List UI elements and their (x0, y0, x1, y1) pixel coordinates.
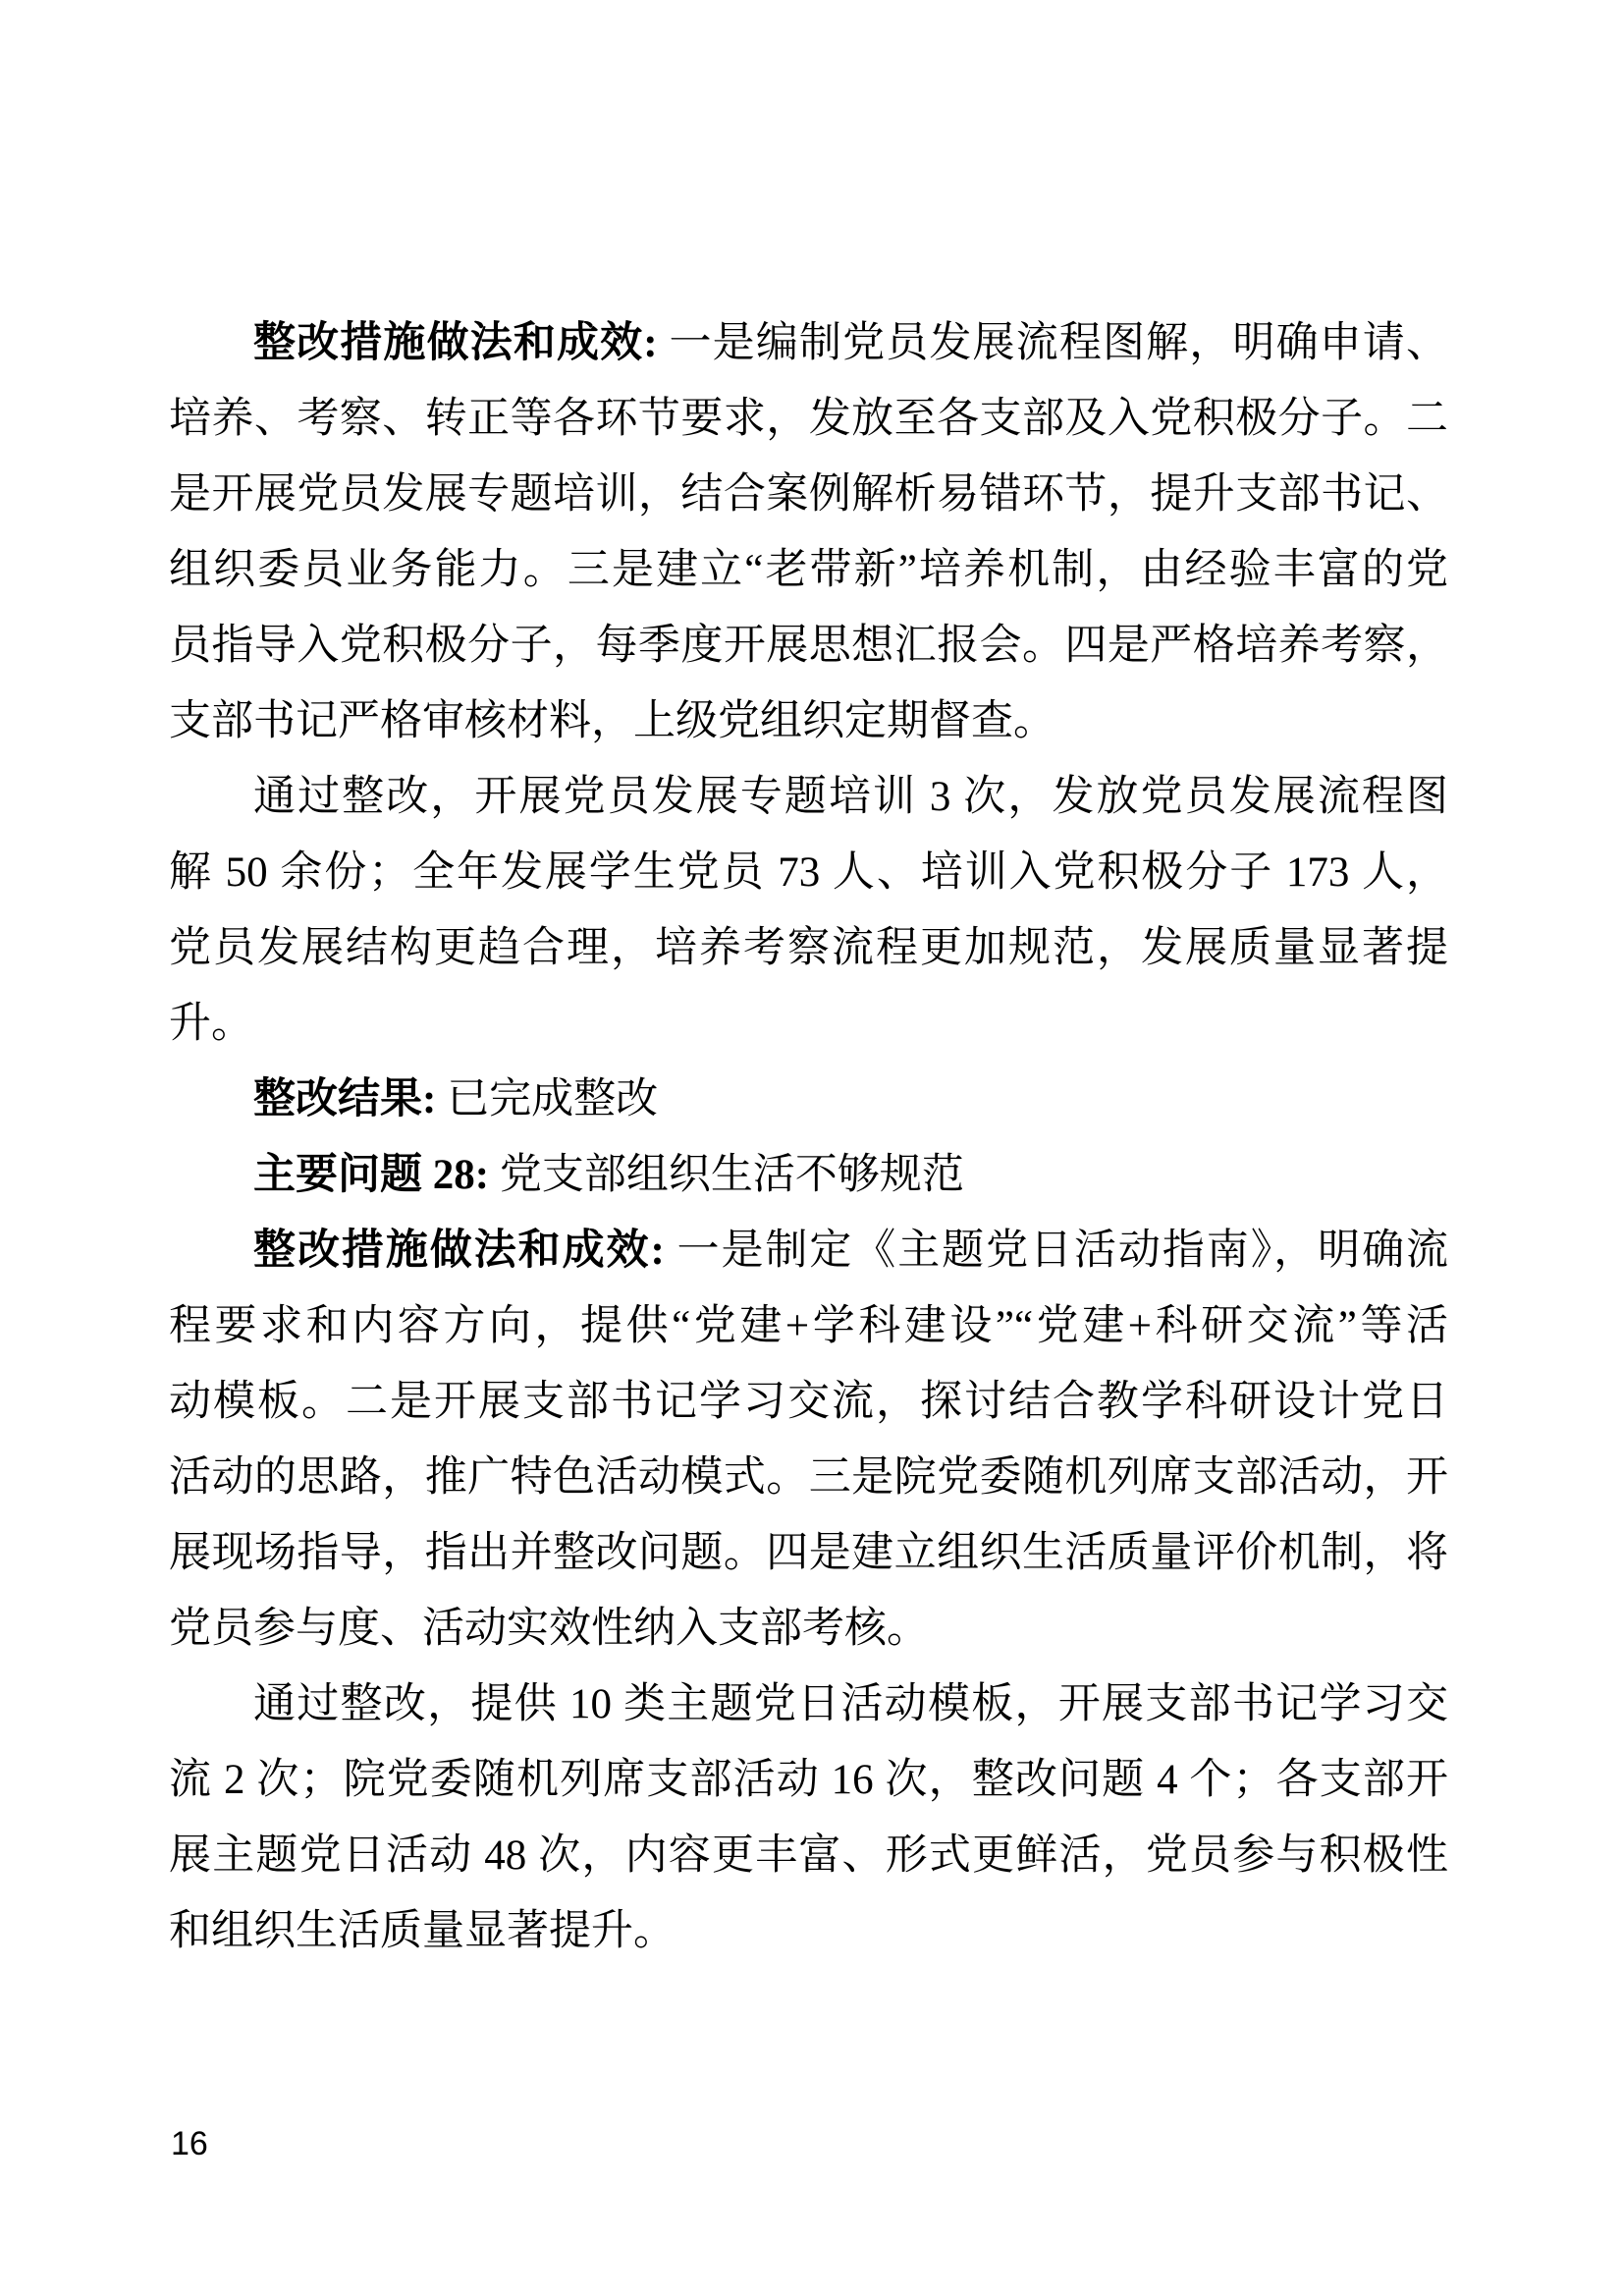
text-run: 动模板。二是开展支部书记学习交流，探讨结合教学科研设计党日 (169, 1379, 1448, 1425)
text-run: 流 2 次；院党委随机列席支部活动 16 次，整改问题 4 个；各支部开 (169, 1757, 1448, 1803)
results-paragraph-1: 通过整改，开展党员发展专题培训 3 次，发放党员发展流程图解 50 余份；全年发… (169, 759, 1448, 1062)
text-line: 程要求和内容方向，提供“党建+学科建设”“党建+科研交流”等活 (169, 1288, 1448, 1364)
text-run: 党员参与度、活动实效性纳入支部考核。 (169, 1606, 929, 1652)
text-line: 通过整改，开展党员发展专题培训 3 次，发放党员发展流程图 (169, 759, 1448, 835)
text-line: 主要问题 28: 党支部组织生活不够规范 (169, 1137, 1448, 1213)
main-issue-28: 主要问题 28: 党支部组织生活不够规范 (169, 1137, 1448, 1213)
text-line: 解 50 余份；全年发展学生党员 73 人、培训入党积极分子 173 人， (169, 835, 1448, 910)
text-line: 动模板。二是开展支部书记学习交流，探讨结合教学科研设计党日 (169, 1364, 1448, 1440)
text-run: 员指导入党积极分子，每季度开展思想汇报会。四是严格培养考察， (169, 623, 1448, 669)
text-run: 升。 (169, 1001, 253, 1047)
bold-label-run: 整改措施做法和成效: (253, 320, 670, 366)
text-run: 支部书记严格审核材料，上级党组织定期督查。 (169, 698, 1055, 744)
text-line: 展现场指导，指出并整改问题。四是建立组织生活质量评价机制，将 (169, 1515, 1448, 1591)
document-page: { "page": { "number": "16", "background_… (0, 0, 1622, 2296)
text-run: 展现场指导，指出并整改问题。四是建立组织生活质量评价机制，将 (169, 1530, 1448, 1576)
text-run: 通过整改，开展党员发展专题培训 3 次，发放党员发展流程图 (253, 774, 1448, 820)
text-run: 已完成整改 (447, 1076, 658, 1122)
text-run: 解 50 余份；全年发展学生党员 73 人、培训入党积极分子 173 人， (169, 849, 1448, 896)
text-line: 培养、考察、转正等各环节要求，发放至各支部及入党积极分子。二 (169, 381, 1448, 457)
text-line: 整改措施做法和成效: 一是制定《主题党日活动指南》，明确流 (169, 1213, 1448, 1288)
text-run: 和组织生活质量显著提升。 (169, 1908, 676, 1954)
text-line: 展主题党日活动 48 次，内容更丰富、形式更鲜活，党员参与积极性 (169, 1818, 1448, 1893)
text-line: 活动的思路，推广特色活动模式。三是院党委随机列席支部活动，开 (169, 1440, 1448, 1515)
rectification-result: 整改结果: 已完成整改 (169, 1062, 1448, 1137)
document-body: 整改措施做法和成效: 一是编制党员发展流程图解，明确申请、培养、考察、转正等各环… (169, 305, 1448, 1969)
text-line: 通过整改，提供 10 类主题党日活动模板，开展支部书记学习交 (169, 1667, 1448, 1742)
results-paragraph-2: 通过整改，提供 10 类主题党日活动模板，开展支部书记学习交流 2 次；院党委随… (169, 1667, 1448, 1969)
text-run: 一是编制党员发展流程图解，明确申请、 (670, 320, 1448, 366)
text-run: 通过整改，提供 10 类主题党日活动模板，开展支部书记学习交 (253, 1681, 1448, 1727)
text-run: 活动的思路，推广特色活动模式。三是院党委随机列席支部活动，开 (169, 1454, 1448, 1501)
text-line: 升。 (169, 986, 1448, 1062)
text-line: 整改措施做法和成效: 一是编制党员发展流程图解，明确申请、 (169, 305, 1448, 381)
text-line: 整改结果: 已完成整改 (169, 1062, 1448, 1137)
text-line: 员指导入党积极分子，每季度开展思想汇报会。四是严格培养考察， (169, 608, 1448, 683)
text-line: 和组织生活质量显著提升。 (169, 1893, 1448, 1969)
text-line: 组织委员业务能力。三是建立“老带新”培养机制，由经验丰富的党 (169, 532, 1448, 608)
bold-label-run: 整改结果: (253, 1076, 447, 1122)
measures-paragraph-1: 整改措施做法和成效: 一是编制党员发展流程图解，明确申请、培养、考察、转正等各环… (169, 305, 1448, 759)
bold-label-run: 整改措施做法和成效: (253, 1228, 677, 1274)
text-line: 流 2 次；院党委随机列席支部活动 16 次，整改问题 4 个；各支部开 (169, 1742, 1448, 1818)
text-run: 是开展党员发展专题培训，结合案例解析易错环节，提升支部书记、 (169, 471, 1448, 518)
page-number: 16 (171, 2124, 208, 2163)
text-run: 展主题党日活动 48 次，内容更丰富、形式更鲜活，党员参与积极性 (169, 1832, 1448, 1879)
bold-label-run: 主要问题 28: (253, 1152, 500, 1198)
text-run: 一是制定《主题党日活动指南》，明确流 (677, 1228, 1449, 1274)
text-line: 支部书记严格审核材料，上级党组织定期督查。 (169, 683, 1448, 759)
measures-paragraph-2: 整改措施做法和成效: 一是制定《主题党日活动指南》，明确流程要求和内容方向，提供… (169, 1213, 1448, 1667)
text-run: 党支部组织生活不够规范 (500, 1152, 964, 1198)
text-line: 党员发展结构更趋合理，培养考察流程更加规范，发展质量显著提 (169, 910, 1448, 986)
text-run: 程要求和内容方向，提供“党建+学科建设”“党建+科研交流”等活 (169, 1303, 1448, 1349)
text-line: 党员参与度、活动实效性纳入支部考核。 (169, 1591, 1448, 1667)
text-line: 是开展党员发展专题培训，结合案例解析易错环节，提升支部书记、 (169, 457, 1448, 532)
text-run: 组织委员业务能力。三是建立“老带新”培养机制，由经验丰富的党 (169, 547, 1448, 593)
text-run: 培养、考察、转正等各环节要求，发放至各支部及入党积极分子。二 (169, 396, 1448, 442)
text-run: 党员发展结构更趋合理，培养考察流程更加规范，发展质量显著提 (169, 925, 1448, 971)
